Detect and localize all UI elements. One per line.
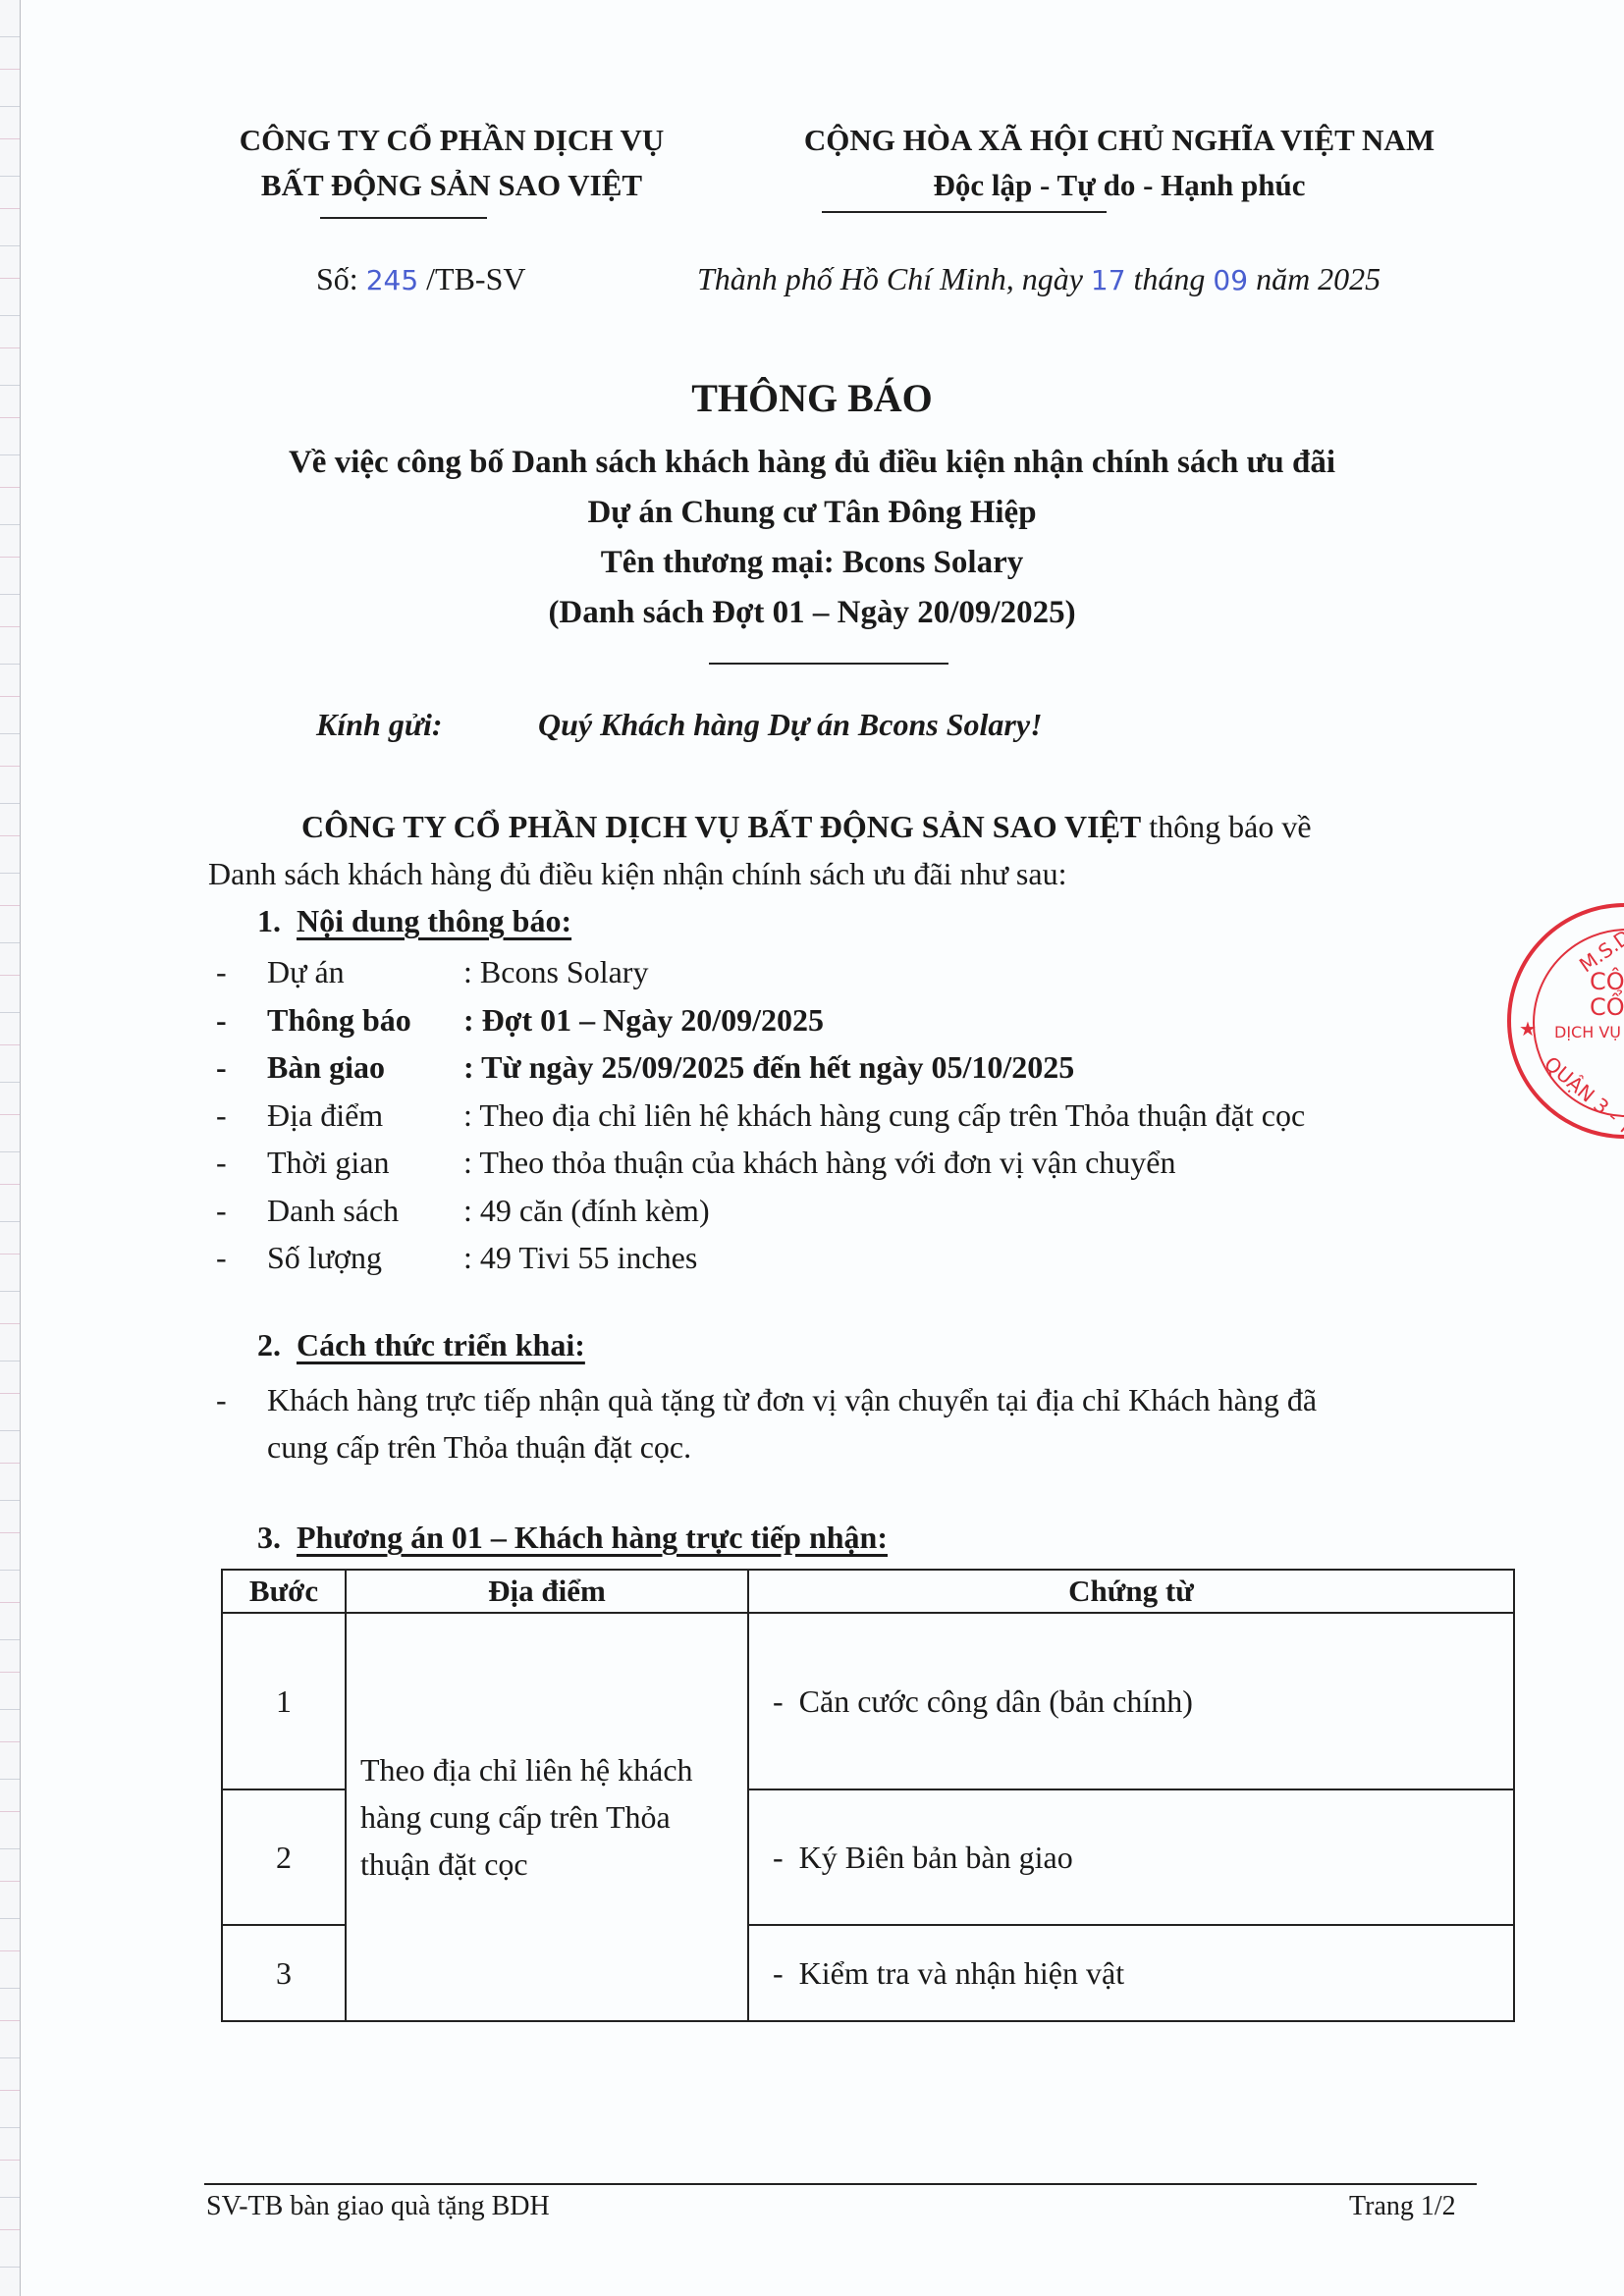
motto-underline	[822, 211, 1107, 213]
header-documents: Chứng từ	[748, 1570, 1514, 1613]
intro-text: thông báo về	[1141, 809, 1311, 844]
detail-label: Dự án	[267, 948, 345, 995]
table-header-row: Bước Địa điểm Chứng từ	[222, 1570, 1514, 1613]
document-cell: - Căn cước công dân (bản chính)	[748, 1613, 1514, 1789]
nation-line-2: Độc lập - Tự do - Hạnh phúc	[727, 163, 1512, 208]
intro-company: CÔNG TY CỔ PHẦN DỊCH VỤ BẤT ĐỘNG SẢN SAO…	[301, 809, 1141, 844]
title-line-1: Về việc công bố Danh sách khách hàng đủ …	[0, 438, 1624, 488]
bullet-dash: -	[773, 1955, 784, 1991]
stamp-inner-line-1: CÔ	[1590, 968, 1624, 995]
document-date: Thành phố Hồ Chí Minh, ngày 17 tháng 09 …	[697, 261, 1380, 297]
step-number: 2	[222, 1789, 346, 1925]
detail-value: : Bcons Solary	[463, 948, 648, 995]
bullet-dash: -	[216, 948, 227, 995]
document-number: Số: 245 /TB-SV	[316, 261, 525, 297]
footer-page-number: Trang 1/2	[1349, 2191, 1456, 2222]
section-2-text-line-2: cung cấp trên Thỏa thuận đặt cọc.	[267, 1423, 691, 1470]
bullet-dash: -	[773, 1683, 784, 1719]
detail-value: : Theo địa chỉ liên hệ khách hàng cung c…	[463, 1092, 1305, 1139]
bullet-dash: -	[216, 996, 227, 1043]
number-prefix: Số:	[316, 261, 358, 296]
detail-label: Thông báo	[267, 996, 411, 1043]
section-3-number: 3.	[257, 1520, 281, 1555]
document-text: Kiểm tra và nhận hiện vật	[799, 1955, 1124, 1991]
section-2-number: 2.	[257, 1327, 281, 1362]
greeting-recipient: Quý Khách hàng Dự án Bcons Solary!	[538, 707, 1043, 743]
title-divider	[709, 663, 948, 665]
location-cell: Theo địa chỉ liên hệ khách hàng cung cấp…	[346, 1613, 748, 2021]
scan-binding-edge	[0, 0, 21, 2296]
year-label: năm 2025	[1256, 261, 1380, 296]
handwritten-month: 09	[1213, 264, 1248, 296]
document-text: Căn cước công dân (bản chính)	[799, 1683, 1193, 1719]
step-number: 1	[222, 1613, 346, 1789]
table-row: 1 Theo địa chỉ liên hệ khách hàng cung c…	[222, 1613, 1514, 1789]
company-line-1: CÔNG TY CỔ PHẦN DỊCH VỤ	[187, 118, 717, 163]
company-underline	[320, 217, 487, 219]
procedure-table: Bước Địa điểm Chứng từ 1 Theo địa chỉ li…	[221, 1569, 1515, 2022]
section-2-text-line-1: Khách hàng trực tiếp nhận quà tặng từ đơ…	[267, 1376, 1317, 1423]
stamp-inner-line-3: DỊCH VỤ	[1554, 1023, 1621, 1041]
detail-value: : Đợt 01 – Ngày 20/09/2025	[463, 996, 824, 1043]
footer-document-code: SV-TB bàn giao quà tặng BDH	[206, 2191, 550, 2222]
detail-label: Danh sách	[267, 1187, 399, 1234]
company-line-2: BẤT ĐỘNG SẢN SAO VIỆT	[187, 163, 717, 208]
section-1-title: Nội dung thông báo:	[297, 903, 571, 938]
document-cell: - Ký Biên bản bàn giao	[748, 1789, 1514, 1925]
greeting-label: Kính gửi:	[316, 707, 443, 743]
header-step: Bước	[222, 1570, 346, 1613]
stamp-inner-line-2: CỔ	[1590, 993, 1624, 1021]
section-2-title: Cách thức triển khai:	[297, 1327, 585, 1362]
month-label: tháng	[1134, 261, 1206, 296]
bullet-dash: -	[216, 1139, 227, 1186]
number-suffix: /TB-SV	[426, 261, 525, 296]
section-3-title: Phương án 01 – Khách hàng trực tiếp nhận…	[297, 1520, 888, 1555]
detail-label: Số lượng	[267, 1234, 382, 1281]
company-name-header: CÔNG TY CỔ PHẦN DỊCH VỤ BẤT ĐỘNG SẢN SAO…	[187, 118, 717, 208]
footer-divider	[204, 2183, 1477, 2185]
document-cell: - Kiểm tra và nhận hiện vật	[748, 1925, 1514, 2021]
bullet-dash: -	[216, 1234, 227, 1281]
bullet-dash: -	[216, 1376, 227, 1423]
handwritten-day: 17	[1091, 264, 1126, 296]
intro-paragraph-line-2: Danh sách khách hàng đủ điều kiện nhận c…	[208, 850, 1066, 897]
page-title: THÔNG BÁO	[0, 375, 1624, 421]
step-number: 3	[222, 1925, 346, 2021]
intro-paragraph-line-1: CÔNG TY CỔ PHẦN DỊCH VỤ BẤT ĐỘNG SẢN SAO…	[301, 803, 1312, 850]
detail-label: Địa điểm	[267, 1092, 383, 1139]
detail-value: : 49 Tivi 55 inches	[463, 1234, 697, 1281]
section-3-heading: 3. Phương án 01 – Khách hàng trực tiếp n…	[257, 1520, 888, 1556]
bullet-dash: -	[216, 1187, 227, 1234]
document-text: Ký Biên bản bàn giao	[799, 1840, 1073, 1875]
bullet-dash: -	[216, 1092, 227, 1139]
title-line-2: Dự án Chung cư Tân Đông Hiệp	[0, 488, 1624, 538]
company-seal-stamp: M.S.D.N: 031 ★ QUẬN 3 - T CÔ CỔ DỊCH VỤ	[1507, 903, 1624, 1139]
detail-value: : 49 căn (đính kèm)	[463, 1187, 710, 1234]
section-1-heading: 1. Nội dung thông báo:	[257, 903, 571, 939]
detail-label: Thời gian	[267, 1139, 389, 1186]
detail-value: : Theo thỏa thuận của khách hàng với đơn…	[463, 1139, 1176, 1186]
header-location: Địa điểm	[346, 1570, 748, 1613]
detail-label: Bàn giao	[267, 1043, 385, 1091]
nation-line-1: CỘNG HÒA XÃ HỘI CHỦ NGHĨA VIỆT NAM	[727, 118, 1512, 163]
section-1-number: 1.	[257, 903, 281, 938]
handwritten-number: 245	[366, 264, 418, 296]
title-line-3: Tên thương mại: Bcons Solary	[0, 538, 1624, 588]
bullet-dash: -	[773, 1840, 784, 1875]
national-motto-header: CỘNG HÒA XÃ HỘI CHỦ NGHĨA VIỆT NAM Độc l…	[727, 118, 1512, 208]
detail-value: : Từ ngày 25/09/2025 đến hết ngày 05/10/…	[463, 1043, 1074, 1091]
title-line-4: (Danh sách Đợt 01 – Ngày 20/09/2025)	[0, 588, 1624, 638]
title-subject: Về việc công bố Danh sách khách hàng đủ …	[0, 438, 1624, 638]
star-icon: ★	[1519, 1017, 1537, 1041]
date-prefix: Thành phố Hồ Chí Minh, ngày	[697, 261, 1083, 296]
section-2-heading: 2. Cách thức triển khai:	[257, 1327, 585, 1363]
bullet-dash: -	[216, 1043, 227, 1091]
